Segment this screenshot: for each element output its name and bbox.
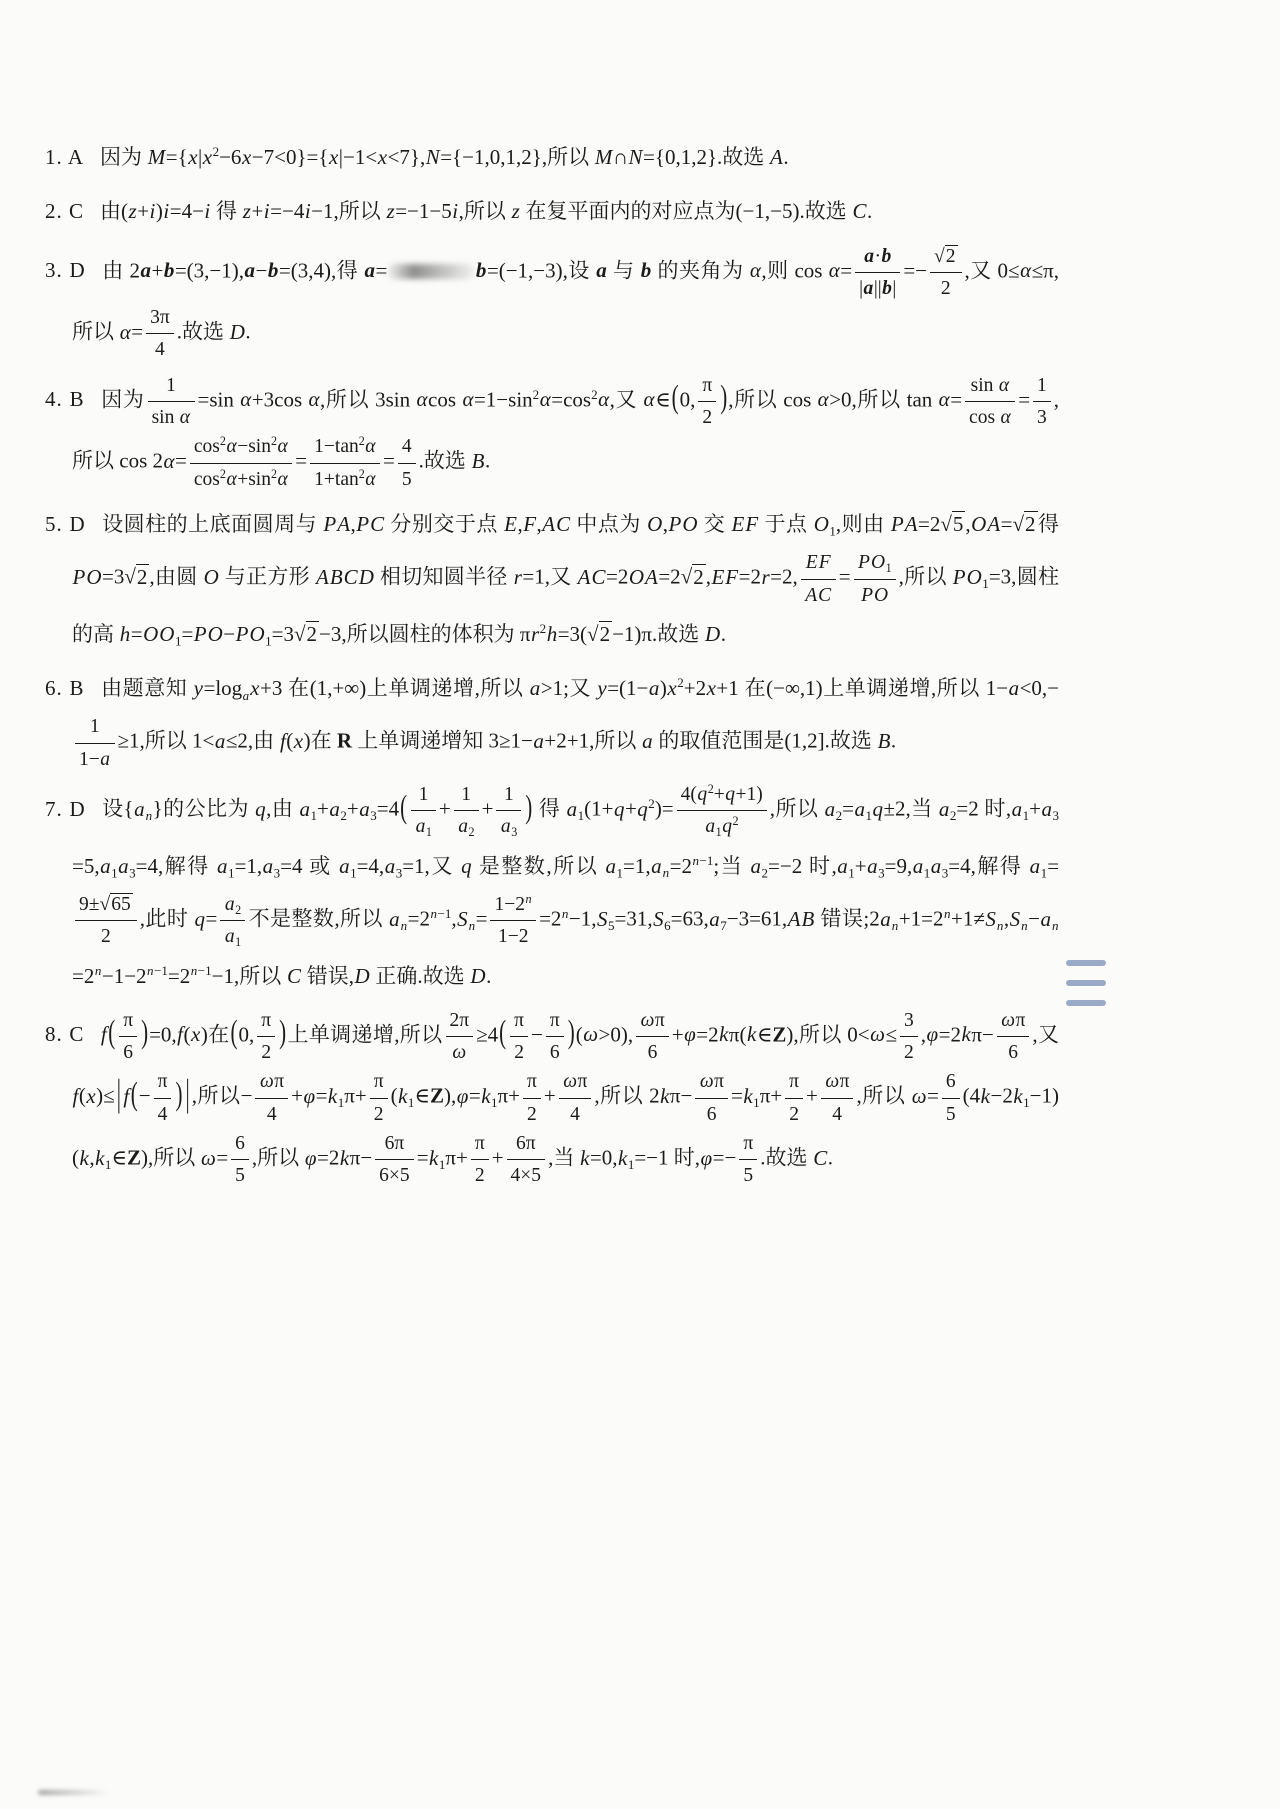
- fraction: π2: [257, 1006, 275, 1068]
- fraction: 9±√652: [75, 890, 137, 952]
- fraction: 2πω: [446, 1006, 474, 1068]
- fraction: 65: [231, 1129, 249, 1191]
- menu-icon[interactable]: [1066, 960, 1106, 1006]
- question-number-and-answer: 4. B: [45, 387, 85, 411]
- big-paren-right: ): [568, 995, 575, 1070]
- fraction: π2: [523, 1067, 541, 1129]
- fraction: 1−tan2α1+tan2α: [310, 432, 380, 494]
- fraction: ωπ6: [636, 1006, 669, 1068]
- big-paren-left: (: [131, 1057, 138, 1132]
- solution-item: 4. B因为1sin α=sin α+3cos α,所以 3sin αcos α…: [45, 371, 1059, 494]
- solution-item: 8. Cf(π6)=0,f(x)在(0,π2)上单调递增,所以2πω≥4(π2−…: [45, 1006, 1059, 1191]
- sqrt: √2: [681, 564, 706, 589]
- fraction: 32: [900, 1006, 918, 1068]
- fraction: 11−a: [75, 712, 115, 774]
- fraction: π2: [698, 371, 716, 433]
- solution-item: 2. C由(z+i)i=4−i 得 z+i=−4i−1,所以 z=−1−5i,所…: [45, 187, 1059, 235]
- big-paren-left: (: [499, 995, 506, 1070]
- fraction: 6π6×5: [375, 1129, 414, 1191]
- big-paren-left: (: [231, 995, 238, 1070]
- fraction: PO1PO: [854, 548, 896, 610]
- big-paren-left: (: [672, 360, 679, 435]
- fraction: sin αcos α: [965, 371, 1015, 433]
- sqrt: √2: [1013, 511, 1038, 536]
- question-number-and-answer: 8. C: [45, 1022, 84, 1046]
- big-paren-right: ): [279, 995, 286, 1070]
- solution-list: 1. A因为 M={x|x2−6x−7<0}={x|−1<x<7},N={−1,…: [45, 133, 1059, 1197]
- menu-bar: [1066, 960, 1106, 966]
- blurred-text-artifact: [387, 264, 475, 279]
- solution-item: 1. A因为 M={x|x2−6x−7<0}={x|−1<x<7},N={−1,…: [45, 133, 1059, 181]
- fraction: a2a1: [220, 890, 245, 952]
- fraction: π4: [154, 1067, 172, 1129]
- fraction: 1a3: [496, 780, 521, 842]
- fraction: 1−2n1−2: [490, 890, 536, 952]
- fraction: ωπ6: [997, 1006, 1030, 1068]
- sqrt: √2: [934, 245, 957, 267]
- fraction: 6π4×5: [507, 1129, 546, 1191]
- sqrt: √5: [940, 511, 965, 536]
- fraction: 1sin α: [148, 371, 195, 433]
- fraction: ωπ4: [255, 1067, 288, 1129]
- solution-item: 3. D由 2a+b=(3,−1),a−b=(3,4),得 a=b=(−1,−3…: [45, 242, 1059, 365]
- fraction: a·b|a||b|: [855, 242, 900, 304]
- fraction: ωπ4: [821, 1067, 854, 1129]
- big-paren-right: ): [525, 769, 532, 844]
- fraction: cos2α−sin2αcos2α+sin2α: [190, 432, 292, 494]
- question-number-and-answer: 5. D: [45, 512, 86, 536]
- question-number-and-answer: 2. C: [45, 199, 84, 223]
- big-paren-left: (: [400, 769, 407, 844]
- abs-bar: |: [185, 1050, 189, 1137]
- sqrt: √65: [99, 893, 132, 915]
- big-paren-left: (: [108, 995, 115, 1070]
- question-number-and-answer: 6. B: [45, 676, 85, 700]
- fraction: π2: [370, 1067, 388, 1129]
- fraction: ωπ6: [695, 1067, 728, 1129]
- fraction: π2: [785, 1067, 803, 1129]
- big-paren-right: ): [175, 1057, 182, 1132]
- fraction: π6: [546, 1006, 564, 1068]
- fraction: EFAC: [801, 548, 836, 610]
- fraction: 3π4: [146, 303, 174, 365]
- solution-item: 6. B由题意知 y=logax+3 在(1,+∞)上单调递增,所以 a>1;又…: [45, 664, 1059, 774]
- big-paren-right: ): [720, 360, 727, 435]
- fraction: 1a1: [411, 780, 436, 842]
- sqrt: √2: [124, 564, 149, 589]
- big-paren-right: ): [141, 995, 148, 1070]
- fraction: π2: [471, 1129, 489, 1191]
- page-edge-artifact: [38, 1790, 108, 1795]
- menu-bar: [1066, 1000, 1106, 1006]
- sqrt: √2: [294, 621, 319, 646]
- question-number-and-answer: 1. A: [45, 145, 84, 169]
- solution-item: 7. D设{an}的公比为 q,由 a1+a2+a3=4(1a1+1a2+1a3…: [45, 780, 1059, 1000]
- question-number-and-answer: 7. D: [45, 797, 86, 821]
- fraction: 45: [398, 432, 416, 494]
- fraction: 65: [942, 1067, 960, 1129]
- question-number-and-answer: 3. D: [45, 258, 86, 282]
- fraction: π2: [510, 1006, 528, 1068]
- menu-bar: [1066, 980, 1106, 986]
- solution-item: 5. D设圆柱的上底面圆周与 PA,PC 分别交于点 E,F,AC 中点为 O,…: [45, 500, 1059, 658]
- fraction: 13: [1033, 371, 1051, 433]
- sqrt: √2: [587, 621, 612, 646]
- document-page: { "page": { "kind": "math-exam-answer-so…: [0, 0, 1280, 1809]
- fraction: ωπ4: [559, 1067, 592, 1129]
- fraction: 1a2: [454, 780, 479, 842]
- abs-bar: |: [117, 1050, 121, 1137]
- fraction: √22: [930, 242, 961, 304]
- fraction: 4(q2+q+1)a1q2: [677, 780, 767, 842]
- fraction: π5: [739, 1129, 757, 1191]
